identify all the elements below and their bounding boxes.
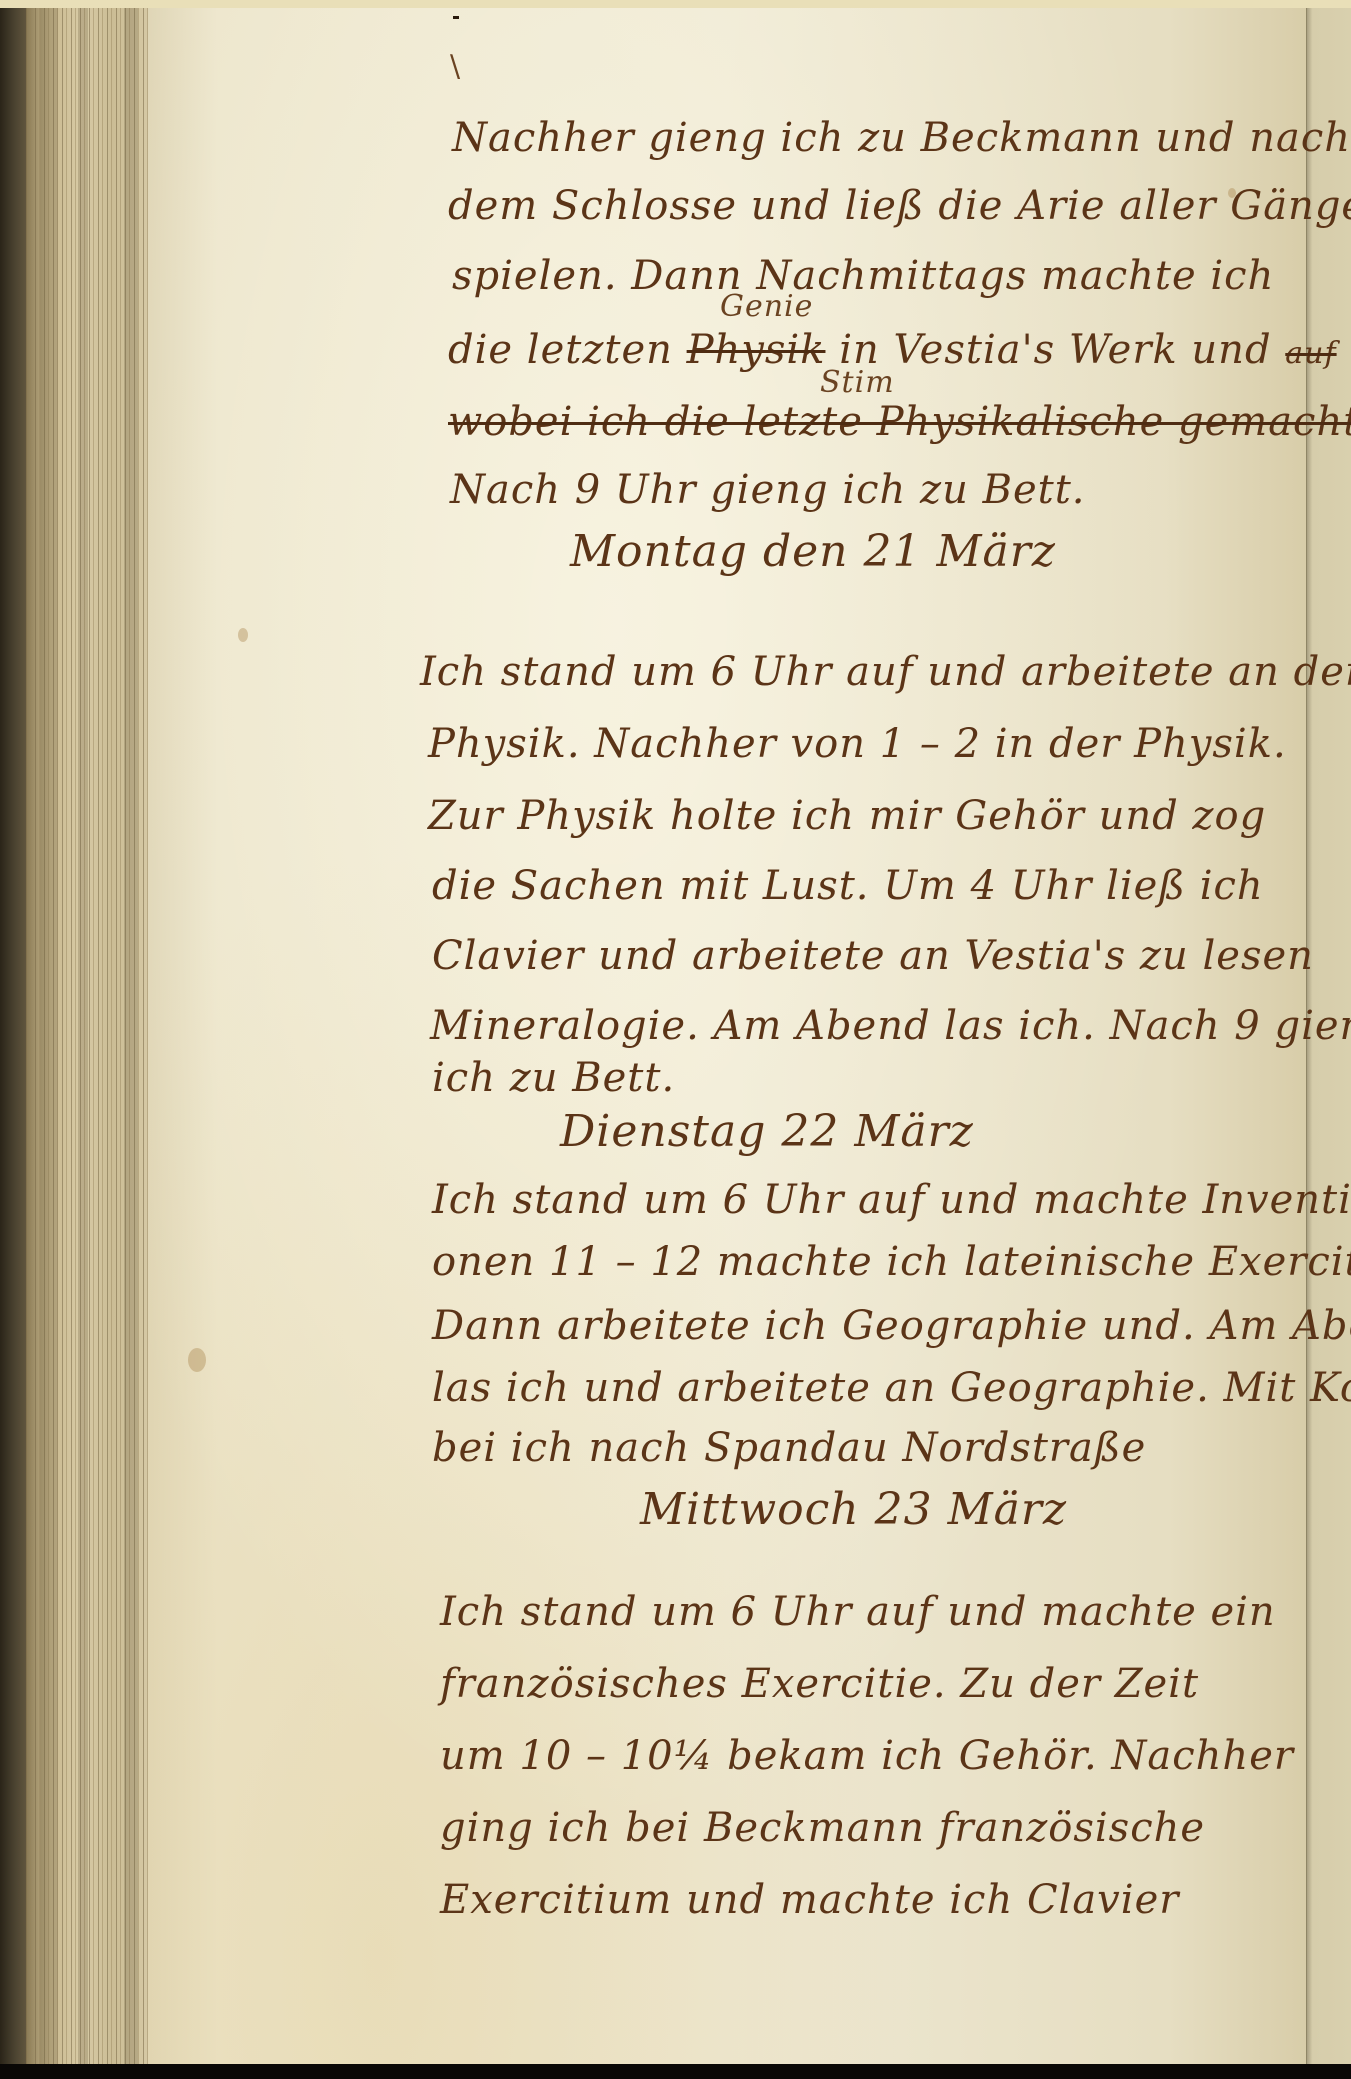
text-line: Ich stand um 6 Uhr auf und arbeitete an … (420, 652, 1351, 692)
text-line: Exercitium und machte ich Clavier (440, 1880, 1179, 1920)
text-line: bei ich nach Spandau Nordstraße (432, 1428, 1146, 1468)
text-line: Dann arbeitete ich Geographie und. Am Ab… (432, 1306, 1351, 1346)
text-line: die letzten Physik in Vestia's Werk und … (448, 330, 1337, 370)
scan-top-edge (0, 0, 1351, 8)
entry-heading: Montag den 21 März (570, 530, 1056, 574)
text-line: Clavier und arbeitete an Vestia's zu les… (432, 936, 1314, 976)
scan-bottom-edge (0, 2064, 1351, 2079)
text-line: Zur Physik holte ich mir Gehör und zog (428, 796, 1266, 836)
entry-heading: Dienstag 22 März (560, 1110, 974, 1154)
text-line: die Sachen mit Lust. Um 4 Uhr ließ ich (432, 866, 1264, 906)
struck-text: Physik (687, 327, 826, 373)
ink-speck (453, 16, 459, 19)
page-stack-edges (26, 8, 151, 2064)
struck-line: wobei ich die letzte Physikalische gemac… (448, 402, 1351, 442)
text-line: ich zu Bett. (432, 1058, 675, 1098)
text-line: Nach 9 Uhr gieng ich zu Bett. (450, 470, 1086, 510)
text-fragment: in Vestia's Werk und (839, 327, 1271, 373)
text-line: Nachher gieng ich zu Beckmann und nach (452, 118, 1351, 158)
margin-tick-mark: \ (450, 52, 461, 82)
text-line: Ich stand um 6 Uhr auf und machte ein (440, 1592, 1276, 1632)
text-line: spielen. Dann Nachmittags machte ich (452, 256, 1274, 296)
text-line: ging ich bei Beckmann französische (440, 1808, 1205, 1848)
text-line: Mineralogie. Am Abend las ich. Nach 9 gi… (430, 1006, 1351, 1046)
text-line: um 10 – 10¼ bekam ich Gehör. Nachher (440, 1736, 1294, 1776)
struck-text: auf (1285, 336, 1336, 371)
interlinear-insertion: Genie (720, 292, 813, 322)
paper-stain (238, 628, 248, 642)
text-line: Physik. Nachher von 1 – 2 in der Physik. (428, 724, 1287, 764)
interlinear-insertion: Stim (820, 368, 895, 398)
text-line: Ich stand um 6 Uhr auf und machte Invent… (432, 1180, 1351, 1220)
text-line: dem Schlosse und ließ die Arie aller Gän… (448, 186, 1351, 226)
paper-stain (188, 1348, 206, 1372)
text-line: onen 11 – 12 machte ich lateinische Exer… (432, 1242, 1351, 1282)
text-line: las ich und arbeitete an Geographie. Mit… (432, 1368, 1351, 1408)
entry-heading: Mittwoch 23 März (640, 1488, 1067, 1532)
text-line: französisches Exercitie. Zu der Zeit (440, 1664, 1199, 1704)
text-fragment: die letzten (448, 327, 673, 373)
